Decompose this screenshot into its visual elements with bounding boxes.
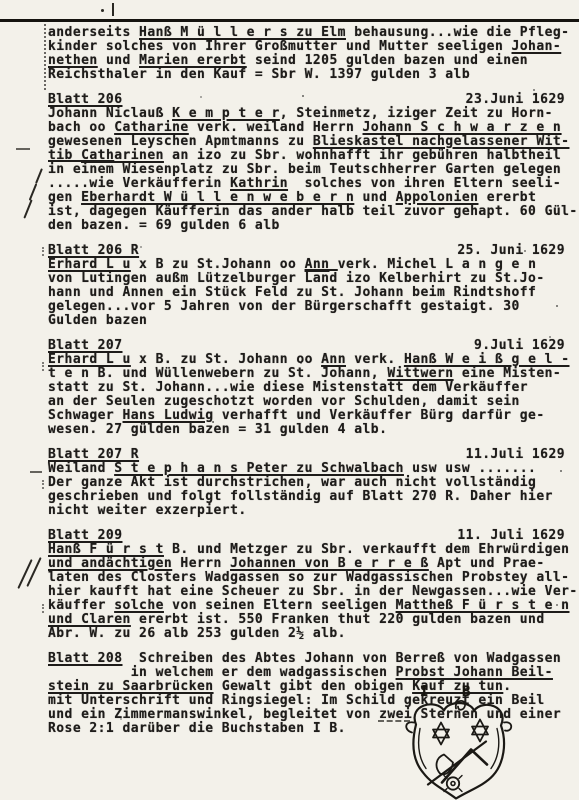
text-line: nicht weiter exzerpiert. bbox=[48, 504, 575, 518]
text-segment: anderseits bbox=[48, 25, 139, 40]
entry-block: Blatt 20623.Juni 1629Johann Niclauß K e … bbox=[48, 93, 575, 233]
entry-block: Blatt 20911. Juli 1629Hanß F ü r s t B. … bbox=[48, 529, 575, 641]
text-segment: seind 1205 gulden bazen und einen bbox=[247, 53, 528, 68]
text-segment: verk. weiland Herrn bbox=[189, 120, 363, 135]
margin-dotted-line bbox=[44, 24, 46, 90]
text-line: gen Eberhardt W ü l l e n w e b e r n un… bbox=[48, 191, 575, 205]
text-segment: K e m p t e r bbox=[172, 106, 280, 121]
text-segment: Blieskastel nachgelassener Wit- bbox=[313, 134, 570, 149]
text-segment: kinder solches von Ihrer Großmutter und … bbox=[48, 39, 512, 54]
text-segment: , Steinmetz, iziger Zeit zu Horn- bbox=[280, 106, 553, 121]
text-segment: gen bbox=[48, 190, 81, 205]
text-line: statt zu St. Johann...wie diese Mistenst… bbox=[48, 381, 575, 395]
text-segment: Erhard L u bbox=[48, 352, 131, 367]
text-segment: verk. Michel L a n g e n bbox=[329, 257, 536, 272]
text-line: in welchem er dem wadgassischen Probst J… bbox=[48, 666, 575, 680]
text-segment: und andächtigen bbox=[48, 556, 172, 571]
text-segment: gewesenen Leyschen Apmtmanns zu bbox=[48, 134, 313, 149]
margin-dot-mark bbox=[42, 362, 46, 371]
margin-slash-mark bbox=[23, 199, 32, 218]
entry-header: Blatt 20623.Juni 1629 bbox=[48, 93, 575, 107]
text-segment: Marien ererbt bbox=[139, 53, 247, 68]
text-line: gewesenen Leyschen Apmtmanns zu Blieskas… bbox=[48, 135, 575, 149]
text-segment: x B zu St.Johann oo bbox=[131, 257, 305, 272]
text-segment: Erhard L u bbox=[48, 257, 131, 272]
text-line: an der Seulen zugeschotzt worden vor Sch… bbox=[48, 395, 575, 409]
text-segment: tib bbox=[48, 148, 81, 163]
text-line: von Lutingen außm Lützelburger Land izo … bbox=[48, 272, 575, 286]
text-segment: Gewalt gibt den obigen bbox=[214, 679, 413, 694]
entry-header: Blatt 20911. Juli 1629 bbox=[48, 529, 575, 543]
text-segment: laten des Closters Wadgassen so zur Wadg… bbox=[48, 570, 569, 585]
text-segment: Johann Niclauß bbox=[48, 106, 172, 121]
entry-date: 23.Juni 1629 bbox=[466, 93, 575, 107]
entry-header: Blatt 2079.Juli 1629 bbox=[48, 339, 575, 353]
text-line: stein zu Saarbrücken Gewalt gibt den obi… bbox=[48, 680, 575, 694]
text-segment: an izo zu Sbr. wohnhafft ihr gebühren ha… bbox=[164, 148, 561, 163]
text-segment: eine Misten- bbox=[454, 366, 562, 381]
text-segment: käuffer bbox=[48, 598, 114, 613]
text-segment: hier kaufft hat eine Scheuer zu Sbr. in … bbox=[48, 584, 578, 599]
text-segment: und bbox=[98, 53, 139, 68]
text-line: t e n B. und Wüllenwebern zu St. Johann,… bbox=[48, 367, 575, 381]
text-segment: wesen. 27 gülden bazen = 31 gulden 4 alb… bbox=[48, 422, 387, 437]
text-line: in einem Wiesenplatz zu Sbr. beim Teutsc… bbox=[48, 163, 575, 177]
entry-date: 9.Juli 1629 bbox=[474, 339, 575, 353]
text-segment: von Lutingen außm Lützelburger bbox=[48, 271, 305, 286]
text-line: Weiland S t e p h a n s Peter zu Schwalb… bbox=[48, 462, 575, 476]
text-line: anderseits Hanß M ü l l e r s zu Elm beh… bbox=[48, 26, 575, 40]
entry-header: Blatt 207 R11.Juli 1629 bbox=[48, 448, 575, 462]
margin-slash-mark bbox=[29, 183, 38, 200]
text-segment: usw usw ....... bbox=[404, 461, 536, 476]
text-segment: Hanß F ü r s t bbox=[48, 542, 164, 557]
text-segment: x B. zu St. Johann oo bbox=[131, 352, 321, 367]
entry-date: 25. Juni 1629 bbox=[457, 244, 575, 258]
blatt-label: Blatt 208 bbox=[48, 652, 123, 666]
text-segment: hann und Annen ein Stück Feld zu St. Joh… bbox=[48, 285, 536, 300]
margin-dot-mark bbox=[42, 247, 46, 256]
entry-date: 11. Juli 1629 bbox=[457, 529, 575, 543]
text-line: und andächtigen Herrn Johannen von B e r… bbox=[48, 557, 575, 571]
blatt-label: Blatt 207 bbox=[48, 339, 123, 353]
text-line: ist, dagegen Käufferin das ander halb te… bbox=[48, 205, 575, 219]
scan-speckles bbox=[0, 0, 2, 2]
text-segment: izo Kelberhirt zu St.Jo- bbox=[338, 271, 545, 286]
text-segment: Ann bbox=[321, 352, 346, 367]
scan-artifact-dot bbox=[101, 9, 104, 12]
text-segment: Kathrin bbox=[230, 176, 288, 191]
text-segment: solches von ihren Eltern seeli- bbox=[288, 176, 561, 191]
text-segment: und Claren bbox=[48, 612, 131, 627]
text-segment: behausung...wie die Pfleg- bbox=[346, 25, 569, 40]
text-segment: an der Seulen zugeschotzt worden vor Sch… bbox=[48, 394, 520, 409]
blatt-label: Blatt 207 R bbox=[48, 448, 139, 462]
text-line: Erhard L u x B zu St.Johann oo Ann verk.… bbox=[48, 258, 575, 272]
text-line: Reichsthaler in den Kauf = Sbr W. 1397 g… bbox=[48, 68, 575, 82]
text-segment: Abr. W. zu 26 alb 253 gulden 2½ alb. bbox=[48, 626, 346, 641]
entry-block: Blatt 206 R25. Juni 1629Erhard L u x B z… bbox=[48, 244, 575, 328]
text-line: Der ganze Akt ist durchstrichen, war auc… bbox=[48, 476, 575, 490]
text-segment: Land bbox=[305, 271, 338, 286]
text-segment: in welchem er dem wadgassischen bbox=[48, 665, 396, 680]
text-segment: Rose 2:1 darüber die Buchstaben I B. bbox=[48, 721, 346, 736]
text-line: Abr. W. zu 26 alb 253 gulden 2½ alb. bbox=[48, 627, 575, 641]
text-segment: Schwager bbox=[48, 408, 123, 423]
text-segment: Ann bbox=[305, 257, 330, 272]
scan-artifact-tick bbox=[112, 3, 114, 16]
scanned-document-page: anderseits Hanß M ü l l e r s zu Elm beh… bbox=[0, 0, 579, 800]
text-segment: Der ganze Akt ist durchstrichen, war auc… bbox=[48, 475, 536, 490]
text-line: Schwager Hans Ludwig verhafft und Verkäu… bbox=[48, 409, 575, 423]
margin-double-slash-mark bbox=[17, 559, 32, 589]
text-segment: nethen bbox=[48, 53, 98, 68]
text-segment: Johan- bbox=[512, 39, 562, 54]
blatt-label: Blatt 206 R bbox=[48, 244, 139, 258]
text-segment: Eberhardt W ü l l e n w e b e r n bbox=[81, 190, 354, 205]
blatt-label: Blatt 206 bbox=[48, 93, 123, 107]
text-segment: Catharinen bbox=[81, 148, 164, 163]
text-line: käuffer solche von seinen Eltern seelige… bbox=[48, 599, 575, 613]
text-line: geschrieben und folgt follständig auf Bl… bbox=[48, 490, 575, 504]
text-segment: Probst Johann Beil- bbox=[396, 665, 553, 680]
text-segment: und bbox=[354, 190, 395, 205]
text-segment: Weiland bbox=[48, 461, 114, 476]
coat-of-arms-seal-icon bbox=[392, 694, 528, 800]
text-line: laten des Closters Wadgassen so zur Wadg… bbox=[48, 571, 575, 585]
text-segment: ererbt ist. 550 Franken thut 220 gulden … bbox=[131, 612, 545, 627]
margin-dot-mark bbox=[42, 604, 46, 613]
text-line: tib Catharinen an izo zu Sbr. wohnhafft … bbox=[48, 149, 575, 163]
entry-block: Blatt 207 R11.Juli 1629Weiland S t e p h… bbox=[48, 448, 575, 518]
text-segment: stein zu Saarbrücken bbox=[48, 679, 214, 694]
text-segment: Apt und Prae- bbox=[429, 556, 545, 571]
text-segment: Wiesenplatz zu Sbr. beim Teutschherrer G… bbox=[114, 162, 561, 177]
text-line: Johann Niclauß K e m p t e r, Steinmetz,… bbox=[48, 107, 575, 121]
text-segment: ist, dagegen Käufferin das ander halb te… bbox=[48, 204, 578, 219]
text-segment: verhafft und Verkäuffer Bürg darfür ge- bbox=[214, 408, 545, 423]
entry-block: Blatt 2079.Juli 1629Erhard L u x B. zu S… bbox=[48, 339, 575, 437]
entry-header: Blatt 208 Schreiben des Abtes Johann von… bbox=[48, 652, 575, 666]
text-segment: B. und Metzger zu Sbr. verkaufft dem Ehr… bbox=[164, 542, 570, 557]
text-line: hier kaufft hat eine Scheuer zu Sbr. in … bbox=[48, 585, 575, 599]
text-line: .....wie Verkäufferin Kathrin solches vo… bbox=[48, 177, 575, 191]
blatt-label: Blatt 209 bbox=[48, 529, 123, 543]
text-segment: S t e p h a n s Peter zu Schwalbach bbox=[114, 461, 404, 476]
text-segment: gelegen...vor 5 Jahren von der Bürgersch… bbox=[48, 299, 520, 314]
text-segment: verk. bbox=[346, 352, 404, 367]
text-segment: .....wie Verkäufferin bbox=[48, 176, 230, 191]
text-line: hann und Annen ein Stück Feld zu St. Joh… bbox=[48, 286, 575, 300]
text-segment: von seinen Eltern seeligen bbox=[164, 598, 396, 613]
page-top-rule bbox=[0, 19, 579, 22]
entry-date: 11.Juli 1629 bbox=[466, 448, 575, 462]
text-line: nethen und Marien ererbt seind 1205 guld… bbox=[48, 54, 575, 68]
text-line: kinder solches von Ihrer Großmutter und … bbox=[48, 40, 575, 54]
text-segment: Hanß W e i ß g e l - bbox=[404, 352, 570, 367]
text-segment: . bbox=[503, 679, 511, 694]
text-segment: Hanß M ü l l e r s zu Elm bbox=[139, 25, 346, 40]
text-segment: Herrn bbox=[172, 556, 230, 571]
text-line: Gulden bazen bbox=[48, 314, 575, 328]
text-segment: Hans Ludwig bbox=[123, 408, 214, 423]
text-segment: nicht weiter exzerpiert. bbox=[48, 503, 247, 518]
text-line: wesen. 27 gülden bazen = 31 gulden 4 alb… bbox=[48, 423, 575, 437]
text-segment: bach oo bbox=[48, 120, 114, 135]
text-segment: Reichsthaler in den Kauf = Sbr W. 1397 g… bbox=[48, 67, 470, 82]
text-segment: solche bbox=[114, 598, 164, 613]
text-segment: den bazen. = 69 gulden 6 alb bbox=[48, 218, 280, 233]
text-segment: Gulden bazen bbox=[48, 313, 147, 328]
text-segment: Appolonien bbox=[396, 190, 479, 205]
text-line: gelegen...vor 5 Jahren von der Bürgersch… bbox=[48, 300, 575, 314]
margin-dot-mark bbox=[42, 480, 46, 489]
text-segment: Johann S c h w a r z e n bbox=[363, 120, 562, 135]
text-line: Hanß F ü r s t B. und Metzger zu Sbr. ve… bbox=[48, 543, 575, 557]
text-segment: t e n B. und Wüllenwebern zu St. Johann, bbox=[48, 366, 387, 381]
text-segment: in einem bbox=[48, 162, 114, 177]
document-body: anderseits Hanß M ü l l e r s zu Elm beh… bbox=[48, 26, 575, 736]
text-line: den bazen. = 69 gulden 6 alb bbox=[48, 219, 575, 233]
entry-header: Blatt 206 R25. Juni 1629 bbox=[48, 244, 575, 258]
text-line: und Claren ererbt ist. 550 Franken thut … bbox=[48, 613, 575, 627]
text-segment: ererbt bbox=[478, 190, 536, 205]
text-line: bach oo Catharine verk. weiland Herrn Jo… bbox=[48, 121, 575, 135]
scan-artifact-dash bbox=[16, 148, 30, 150]
scan-artifact-dash bbox=[30, 471, 42, 473]
text-segment: Schreiben des Abtes Johann von Berreß vo… bbox=[123, 652, 562, 666]
text-line: Erhard L u x B. zu St. Johann oo Ann ver… bbox=[48, 353, 575, 367]
text-segment: statt zu St. Johann...wie diese Mistenst… bbox=[48, 380, 528, 395]
text-segment: Catharine bbox=[114, 120, 189, 135]
text-segment: Mattheß F ü r s t e n bbox=[396, 598, 570, 613]
text-segment: geschrieben und folgt follständig auf Bl… bbox=[48, 489, 553, 504]
text-segment: Johannen von B e r r e ß bbox=[230, 556, 429, 571]
margin-slash-mark bbox=[35, 168, 43, 184]
text-segment: Wittwern bbox=[387, 366, 453, 381]
continuation-paragraph: anderseits Hanß M ü l l e r s zu Elm beh… bbox=[48, 26, 575, 82]
